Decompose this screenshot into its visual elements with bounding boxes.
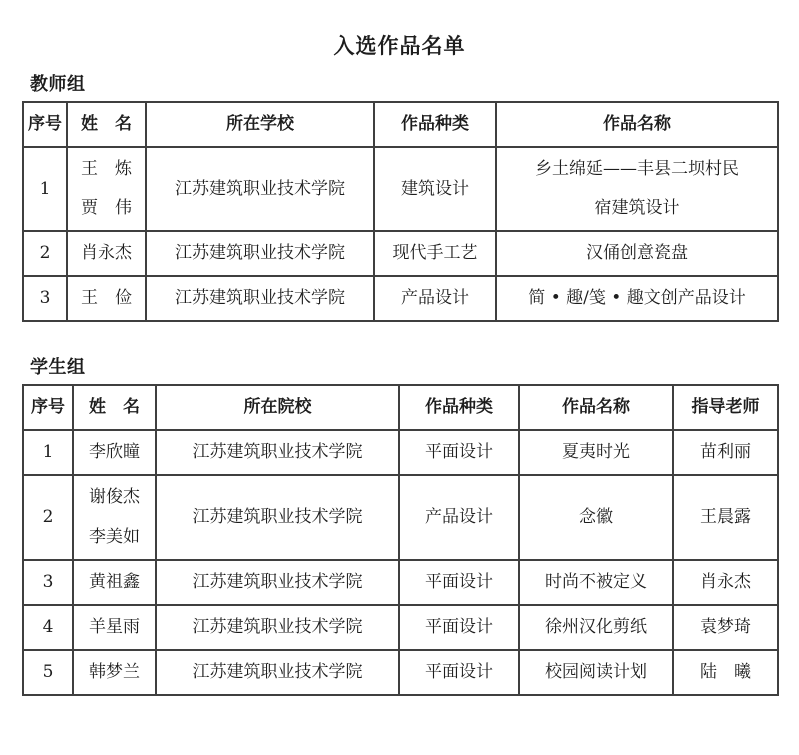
table-cell: 李欣瞳 <box>73 430 156 475</box>
table-row: 5韩梦兰江苏建筑职业技术学院平面设计校园阅读计划陆 曦 <box>23 650 778 695</box>
table-cell: 2 <box>23 475 73 559</box>
table-cell: 江苏建筑职业技术学院 <box>156 475 399 559</box>
table-cell: 现代手工艺 <box>374 231 496 276</box>
table-cell: 产品设计 <box>399 475 519 559</box>
table-cell: 黄祖鑫 <box>73 560 156 605</box>
table-cell: 江苏建筑职业技术学院 <box>146 231 374 276</box>
header-row: 序号姓 名所在学校作品种类作品名称 <box>23 102 778 147</box>
table-cell: 平面设计 <box>399 430 519 475</box>
table-cell: 产品设计 <box>374 276 496 321</box>
column-header: 作品种类 <box>399 385 519 430</box>
table-cell: 3 <box>23 276 67 321</box>
teacher-group-label: 教师组 <box>30 70 799 96</box>
column-header: 所在院校 <box>156 385 399 430</box>
table-cell: 建筑设计 <box>374 147 496 231</box>
table-cell: 4 <box>23 605 73 650</box>
column-header: 姓 名 <box>73 385 156 430</box>
table-cell: 苗利丽 <box>673 430 778 475</box>
column-header: 作品名称 <box>519 385 673 430</box>
table-cell: 平面设计 <box>399 560 519 605</box>
table-cell: 陆 曦 <box>673 650 778 695</box>
table-row: 2谢俊杰 李美如江苏建筑职业技术学院产品设计念徽王晨露 <box>23 475 778 559</box>
column-header: 作品名称 <box>496 102 778 147</box>
table-cell: 江苏建筑职业技术学院 <box>156 560 399 605</box>
student-table-header: 序号姓 名所在院校作品种类作品名称指导老师 <box>23 385 778 430</box>
student-group-label: 学生组 <box>30 353 799 379</box>
table-cell: 江苏建筑职业技术学院 <box>146 276 374 321</box>
table-cell: 江苏建筑职业技术学院 <box>156 605 399 650</box>
table-row: 3王 俭江苏建筑职业技术学院产品设计简 • 趣/笺 • 趣文创产品设计 <box>23 276 778 321</box>
student-group-table: 序号姓 名所在院校作品种类作品名称指导老师 1李欣瞳江苏建筑职业技术学院平面设计… <box>22 384 779 696</box>
table-cell: 乡土绵延——丰县二坝村民 宿建筑设计 <box>496 147 778 231</box>
table-cell: 汉俑创意瓷盘 <box>496 231 778 276</box>
column-header: 序号 <box>23 385 73 430</box>
table-cell: 1 <box>23 430 73 475</box>
column-header: 作品种类 <box>374 102 496 147</box>
column-header: 所在学校 <box>146 102 374 147</box>
header-row: 序号姓 名所在院校作品种类作品名称指导老师 <box>23 385 778 430</box>
table-cell: 羊星雨 <box>73 605 156 650</box>
table-cell: 1 <box>23 147 67 231</box>
table-row: 4羊星雨江苏建筑职业技术学院平面设计徐州汉化剪纸袁梦琦 <box>23 605 778 650</box>
table-cell: 5 <box>23 650 73 695</box>
table-cell: 王 炼 贾 伟 <box>67 147 146 231</box>
table-row: 2肖永杰江苏建筑职业技术学院现代手工艺汉俑创意瓷盘 <box>23 231 778 276</box>
teacher-table-header: 序号姓 名所在学校作品种类作品名称 <box>23 102 778 147</box>
table-row: 1王 炼 贾 伟江苏建筑职业技术学院建筑设计乡土绵延——丰县二坝村民 宿建筑设计 <box>23 147 778 231</box>
document-title: 入选作品名单 <box>0 30 799 60</box>
table-cell: 2 <box>23 231 67 276</box>
table-cell: 平面设计 <box>399 650 519 695</box>
table-cell: 肖永杰 <box>673 560 778 605</box>
table-row: 3黄祖鑫江苏建筑职业技术学院平面设计时尚不被定义肖永杰 <box>23 560 778 605</box>
column-header: 姓 名 <box>67 102 146 147</box>
column-header: 指导老师 <box>673 385 778 430</box>
table-cell: 时尚不被定义 <box>519 560 673 605</box>
table-cell: 徐州汉化剪纸 <box>519 605 673 650</box>
table-cell: 肖永杰 <box>67 231 146 276</box>
student-table-body: 1李欣瞳江苏建筑职业技术学院平面设计夏夷时光苗利丽2谢俊杰 李美如江苏建筑职业技… <box>23 430 778 695</box>
table-cell: 江苏建筑职业技术学院 <box>146 147 374 231</box>
table-cell: 江苏建筑职业技术学院 <box>156 430 399 475</box>
table-cell: 江苏建筑职业技术学院 <box>156 650 399 695</box>
table-cell: 谢俊杰 李美如 <box>73 475 156 559</box>
table-cell: 王 俭 <box>67 276 146 321</box>
column-header: 序号 <box>23 102 67 147</box>
table-cell: 韩梦兰 <box>73 650 156 695</box>
table-cell: 念徽 <box>519 475 673 559</box>
table-row: 1李欣瞳江苏建筑职业技术学院平面设计夏夷时光苗利丽 <box>23 430 778 475</box>
table-cell: 袁梦琦 <box>673 605 778 650</box>
teacher-table-body: 1王 炼 贾 伟江苏建筑职业技术学院建筑设计乡土绵延——丰县二坝村民 宿建筑设计… <box>23 147 778 321</box>
table-cell: 校园阅读计划 <box>519 650 673 695</box>
table-cell: 3 <box>23 560 73 605</box>
document-page: 入选作品名单 教师组 序号姓 名所在学校作品种类作品名称 1王 炼 贾 伟江苏建… <box>0 0 799 755</box>
teacher-group-table: 序号姓 名所在学校作品种类作品名称 1王 炼 贾 伟江苏建筑职业技术学院建筑设计… <box>22 101 779 322</box>
table-cell: 王晨露 <box>673 475 778 559</box>
table-cell: 夏夷时光 <box>519 430 673 475</box>
table-cell: 简 • 趣/笺 • 趣文创产品设计 <box>496 276 778 321</box>
table-cell: 平面设计 <box>399 605 519 650</box>
